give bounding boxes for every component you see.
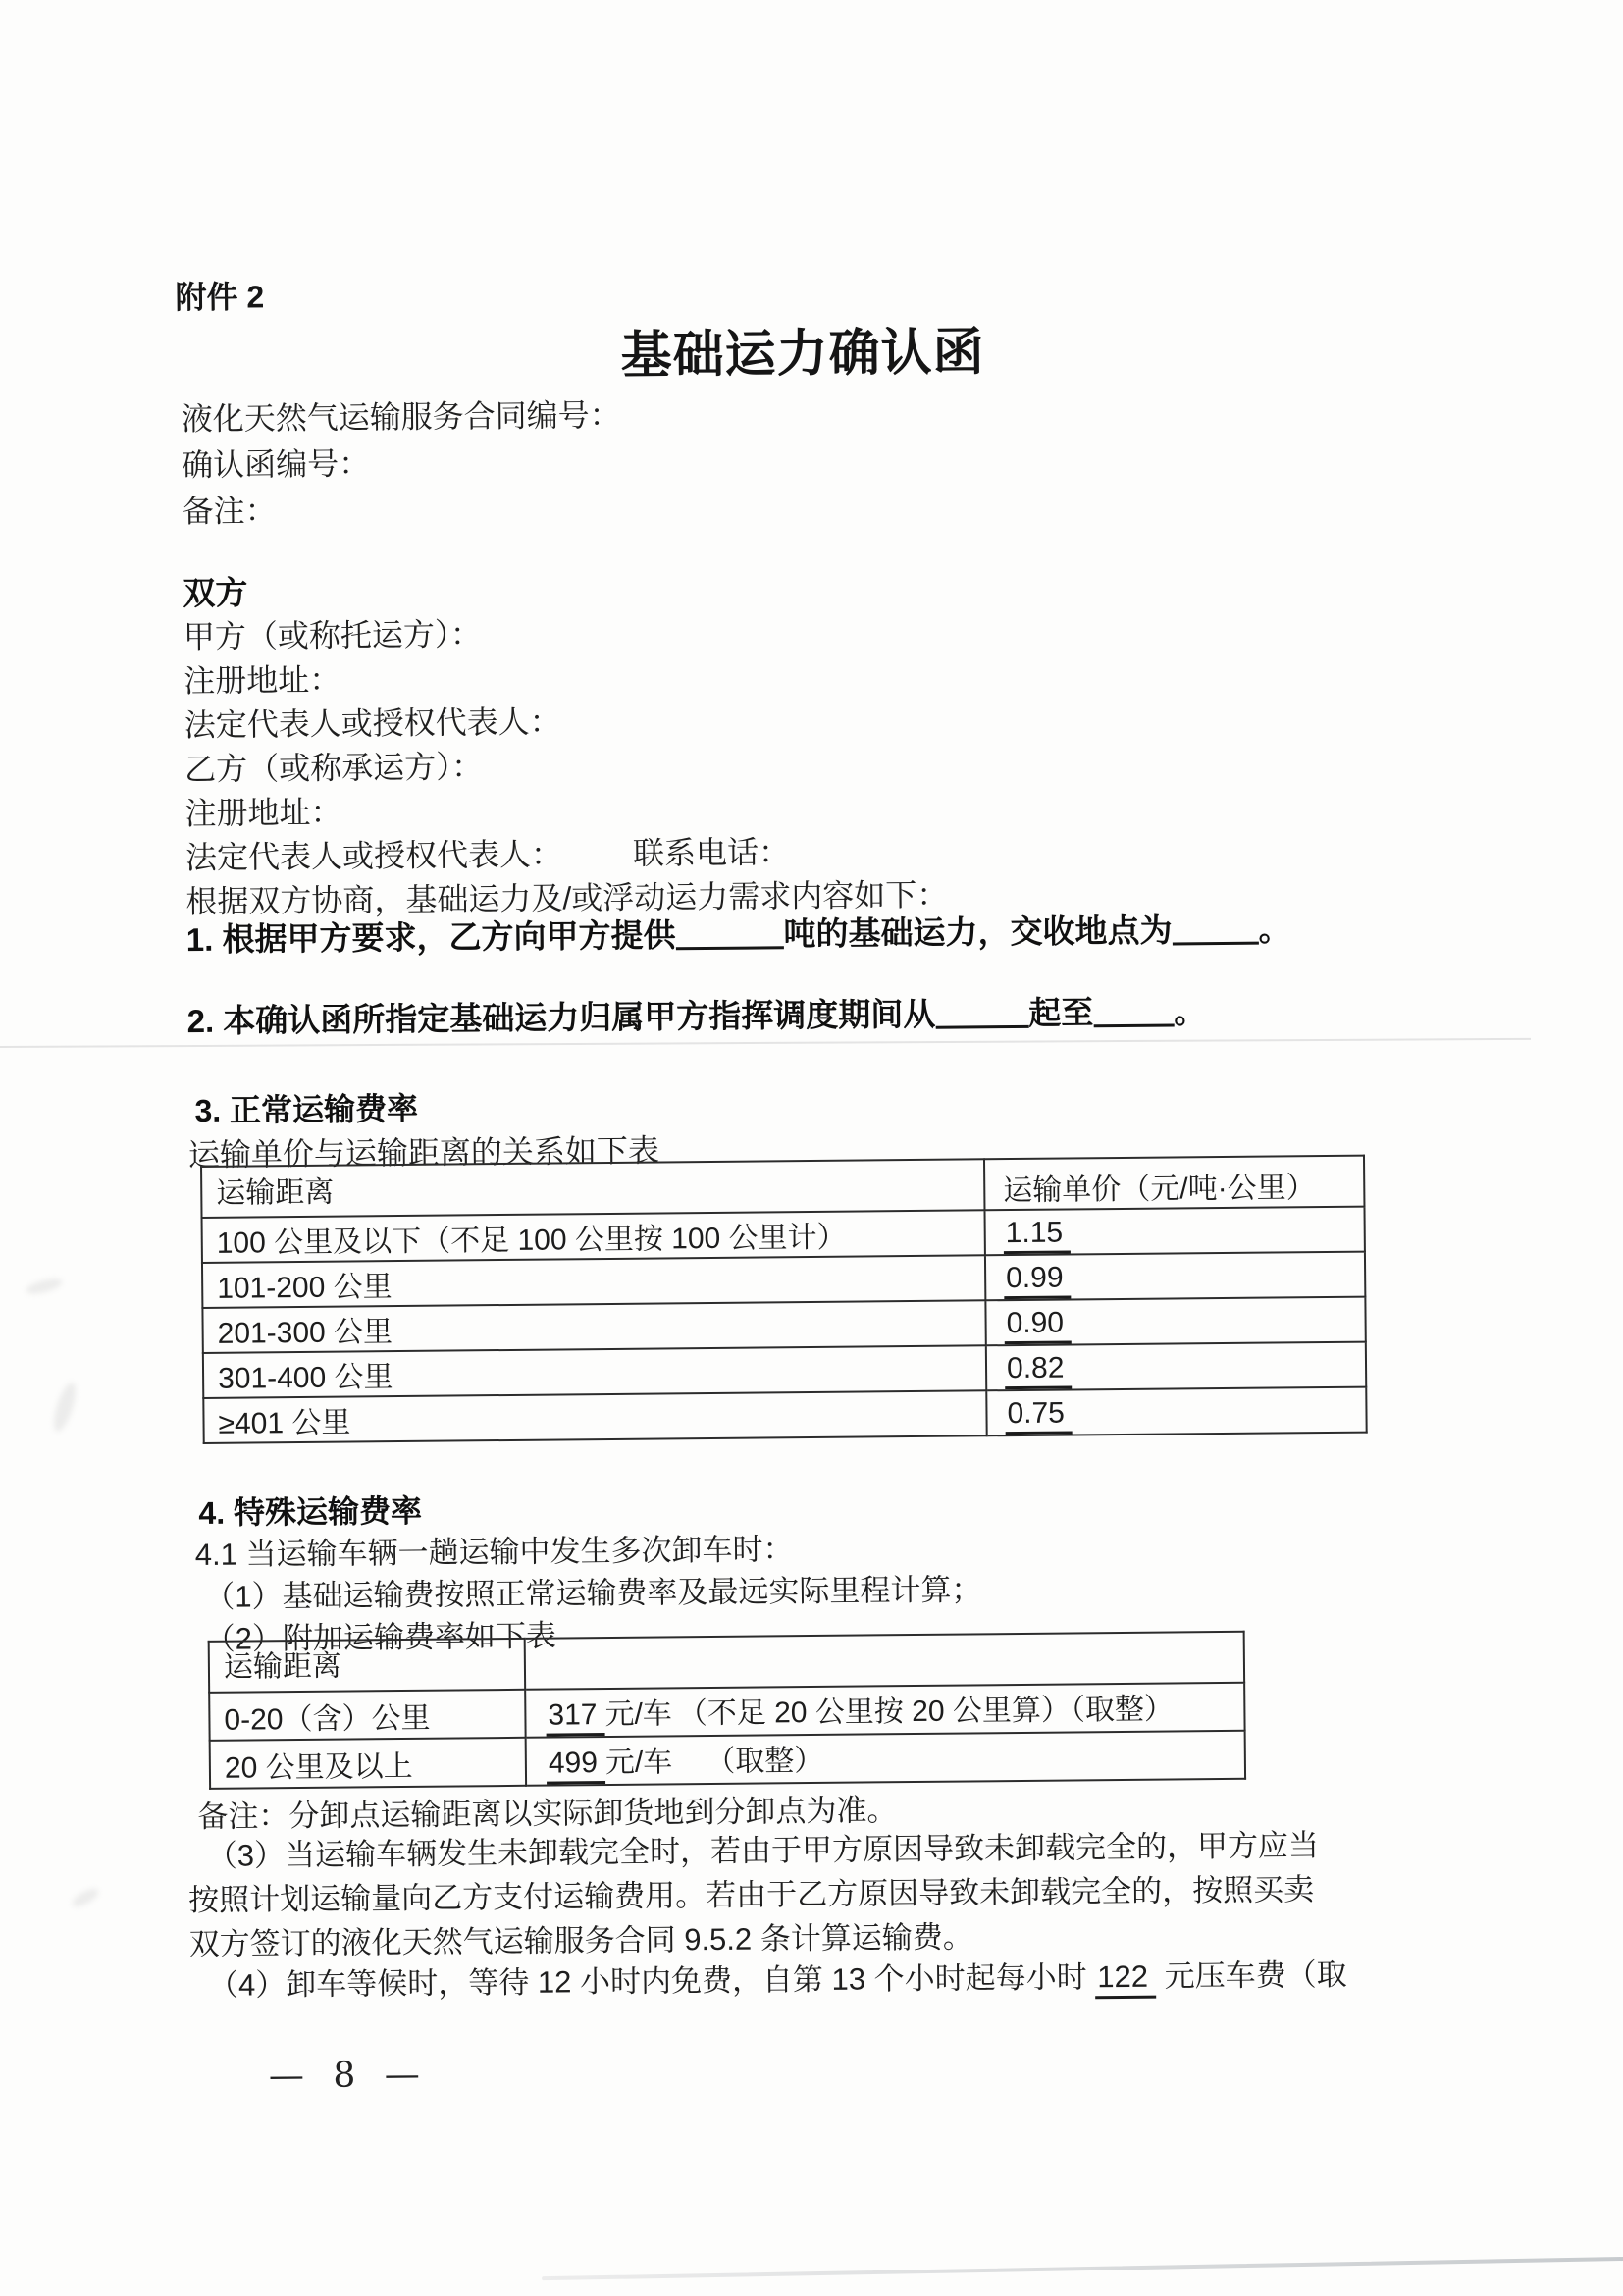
attachment-label: 附件 2 bbox=[175, 272, 264, 318]
table-header-cell: 运输距离 bbox=[201, 1159, 984, 1218]
fee-note: （不足 20 公里按 20 公里算）（取整） bbox=[678, 1693, 1174, 1730]
distance-cell: 100 公里及以下（不足 100 公里按 100 公里计） bbox=[202, 1210, 985, 1263]
remarks-line: 备注： bbox=[182, 485, 621, 535]
price-value: 1.15 bbox=[1004, 1216, 1072, 1254]
clause-4-1-item-4: （4）卸车等候时，等待 12 小时内免费，自第 13 个小时起每小时 122 元… bbox=[208, 1950, 1347, 2008]
price-cell: 1.15 bbox=[984, 1207, 1364, 1256]
demurrage-fee-value: 122 bbox=[1095, 1959, 1156, 2000]
table-header-cell: 运输距离 bbox=[209, 1639, 525, 1693]
clause-1: 1. 根据甲方要求，乙方向甲方提供吨的基础运力，交收地点为。 bbox=[186, 904, 1291, 961]
clause-2-text-pre: 2. 本确认函所指定基础运力归属甲方指挥调度期间从 bbox=[186, 996, 935, 1039]
distance-cell: 201-300 公里 bbox=[202, 1300, 985, 1353]
surcharge-table: 运输距离 0-20（含）公里 317元/车（不足 20 公里按 20 公里算）（… bbox=[208, 1631, 1246, 1790]
contact-phone-label: 联系电话： bbox=[633, 830, 790, 876]
blank-field bbox=[675, 915, 783, 951]
section-4-heading: 4. 特殊运输费率 bbox=[198, 1487, 422, 1534]
price-cell: 0.75 bbox=[986, 1387, 1366, 1436]
table-header-cell bbox=[525, 1632, 1244, 1690]
clause-2-text-mid: 起至 bbox=[1028, 994, 1093, 1031]
fee-unit: 元/车 bbox=[605, 1746, 673, 1779]
price-cell: 0.82 bbox=[986, 1342, 1366, 1391]
party-b-address-line: 注册地址： bbox=[184, 785, 947, 836]
parties-block: 双方 甲方（或称托运方）： 注册地址： 法定代表人或授权代表人： 乙方（或称承运… bbox=[183, 564, 948, 924]
clause-4-1-item-3-line-2: 按照计划运输量向乙方支付运输费用。若由于乙方原因导致未卸载完全的，按照买卖 bbox=[188, 1864, 1314, 1919]
section-3-heading: 3. 正常运输费率 bbox=[194, 1084, 418, 1131]
distance-cell: 0-20（含）公里 bbox=[209, 1690, 525, 1741]
party-b-representative-label: 法定代表人或授权代表人： bbox=[185, 836, 562, 875]
fee-cell: 317元/车（不足 20 公里按 20 公里算）（取整） bbox=[525, 1683, 1244, 1738]
parties-heading: 双方 bbox=[183, 564, 945, 615]
fee-unit: 元/车 bbox=[604, 1697, 672, 1731]
blank-field bbox=[935, 994, 1028, 1029]
clause-2: 2. 本确认函所指定基础运力归属甲方指挥调度期间从起至。 bbox=[186, 986, 1206, 1042]
table-row: 20 公里及以上 499元/车（取整） bbox=[210, 1731, 1245, 1789]
distance-cell: ≥401 公里 bbox=[203, 1390, 986, 1443]
scanned-document-page: 附件 2 基础运力确认函 液化天然气运输服务合同编号： 确认函编号： 备注： 双… bbox=[0, 0, 1623, 2296]
item-4-text-pre: （4）卸车等候时，等待 12 小时内免费，自第 13 个小时起每小时 bbox=[208, 1959, 1096, 2003]
fee-cell: 499元/车（取整） bbox=[526, 1731, 1245, 1786]
distance-cell: 101-200 公里 bbox=[202, 1255, 985, 1308]
fee-value: 317 bbox=[546, 1698, 604, 1737]
party-b-representative-line: 法定代表人或授权代表人：联系电话： bbox=[185, 829, 948, 880]
page-number: — 8 — bbox=[269, 2055, 429, 2097]
item-4-text-post: 元压车费（取 bbox=[1156, 1957, 1347, 1994]
blank-field bbox=[1093, 993, 1174, 1027]
party-a-address-line: 注册地址： bbox=[183, 652, 946, 704]
price-cell: 0.90 bbox=[985, 1297, 1365, 1346]
normal-rate-table: 运输距离 运输单价（元/吨·公里） 100 公里及以下（不足 100 公里按 1… bbox=[200, 1155, 1368, 1444]
clause-4-1-item-1: （1）基础运输费按照正常运输费率及最远实际里程计算； bbox=[204, 1564, 982, 1616]
price-value: 0.99 bbox=[1004, 1261, 1072, 1299]
price-value: 0.75 bbox=[1005, 1396, 1073, 1435]
price-value: 0.82 bbox=[1005, 1351, 1073, 1389]
contract-number-line: 液化天然气运输服务合同编号： bbox=[181, 392, 620, 443]
price-cell: 0.99 bbox=[985, 1252, 1365, 1301]
confirmation-number-line: 确认函编号： bbox=[182, 439, 621, 489]
clause-1-text-end: 。 bbox=[1258, 911, 1290, 947]
distance-cell: 20 公里及以上 bbox=[210, 1738, 526, 1789]
clause-1-text-mid: 吨的基础运力，交收地点为 bbox=[783, 912, 1172, 952]
fee-value: 499 bbox=[547, 1747, 605, 1785]
party-a-representative-line: 法定代表人或授权代表人： bbox=[184, 697, 947, 748]
fee-note: （取整） bbox=[706, 1745, 823, 1778]
price-value: 0.90 bbox=[1004, 1306, 1072, 1344]
document-number-block: 液化天然气运输服务合同编号： 确认函编号： 备注： bbox=[181, 392, 621, 535]
table-header-cell: 运输单价（元/吨·公里） bbox=[984, 1156, 1364, 1211]
document-sheet: 附件 2 基础运力确认函 液化天然气运输服务合同编号： 确认函编号： 备注： 双… bbox=[0, 0, 1623, 2296]
clause-2-text-end: 。 bbox=[1174, 993, 1206, 1029]
blank-field bbox=[1172, 911, 1258, 945]
distance-cell: 301-400 公里 bbox=[203, 1345, 986, 1398]
party-b-line: 乙方（或称承运方）： bbox=[184, 741, 947, 792]
clause-1-text-pre: 1. 根据甲方要求，乙方向甲方提供 bbox=[186, 916, 676, 958]
party-a-line: 甲方（或称托运方）： bbox=[183, 608, 946, 659]
document-title: 基础运力确认函 bbox=[0, 304, 1614, 393]
